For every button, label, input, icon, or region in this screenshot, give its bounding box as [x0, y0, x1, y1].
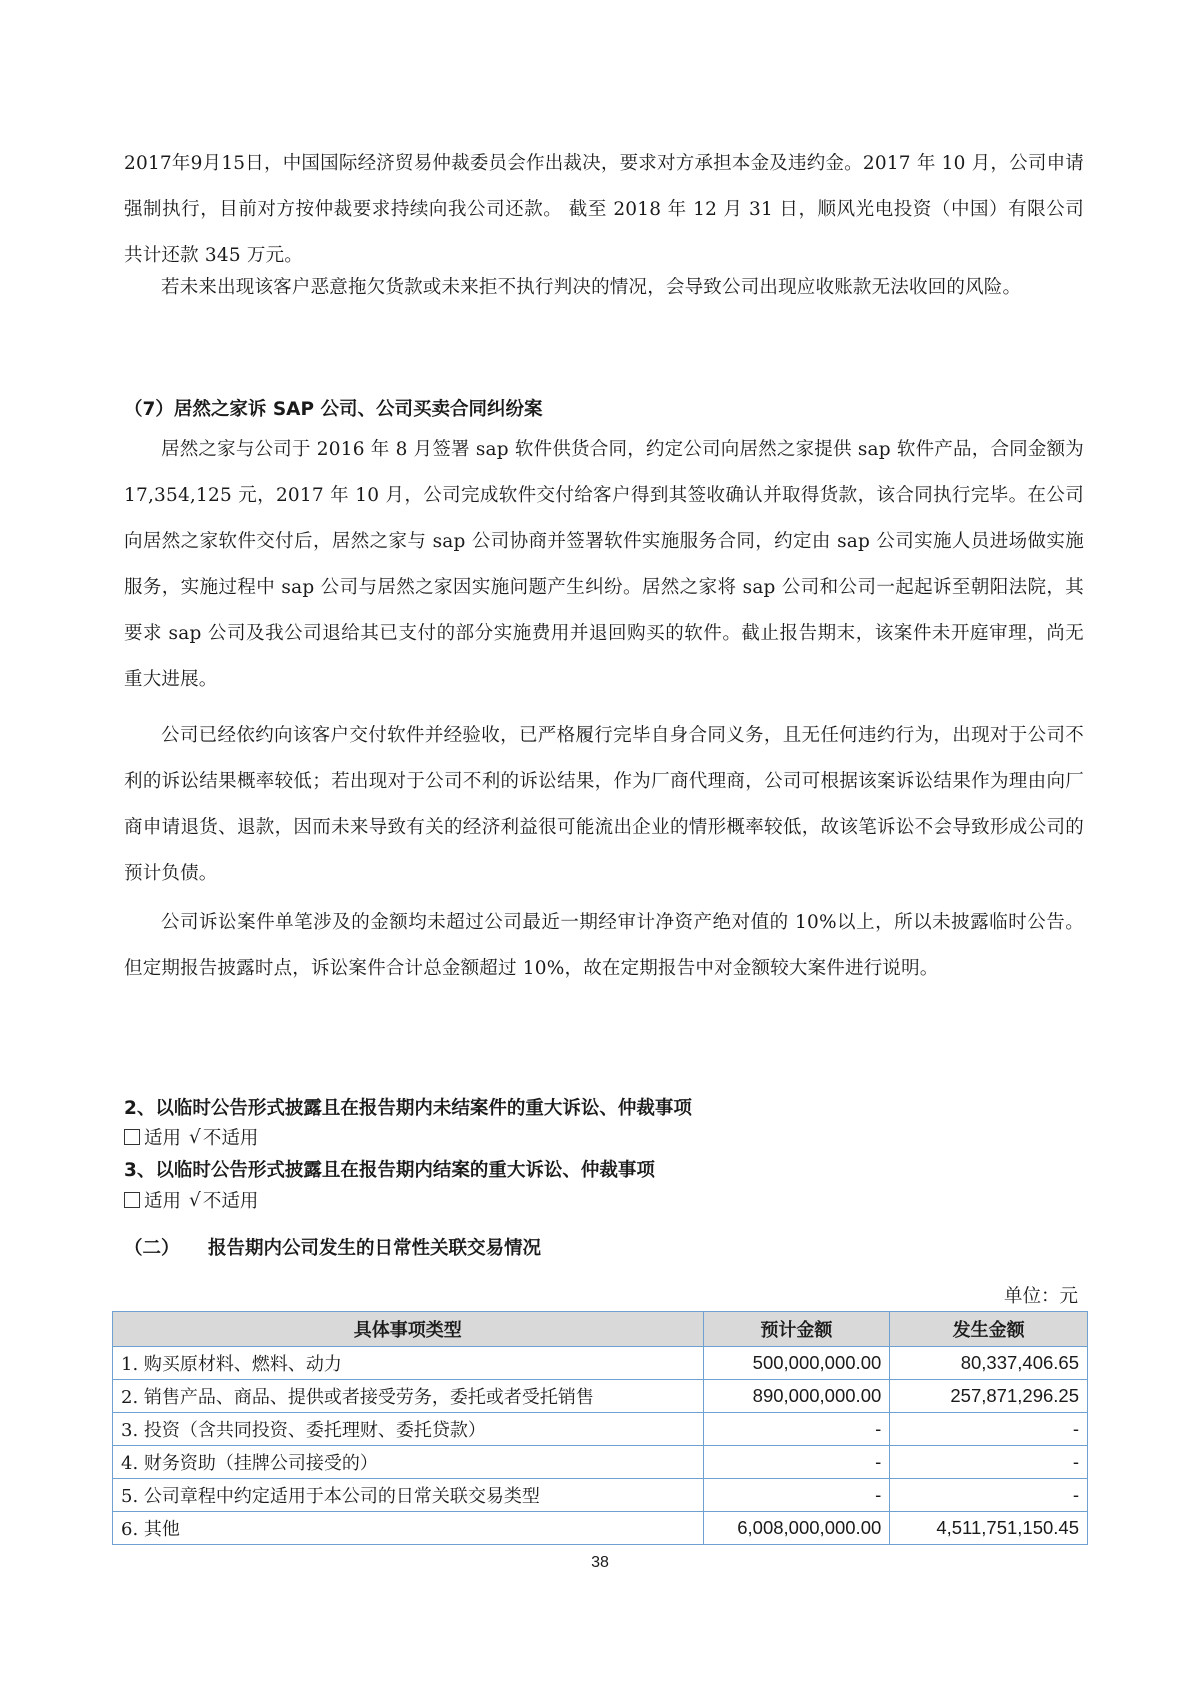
cell-type: 2. 销售产品、商品、提供或者接受劳务，委托或者受托销售 [113, 1380, 704, 1413]
document-page: 2017年9月15日，中国国际经济贸易仲裁委员会作出裁决，要求对方承担本金及违约… [0, 0, 1200, 1697]
item-2-applicability: 适用 √ 不适用 [124, 1124, 258, 1150]
table-row: 3. 投资（含共同投资、委托理财、委托贷款） - - [113, 1413, 1088, 1446]
item-3-heading: 3、以临时公告形式披露且在报告期内结案的重大诉讼、仲裁事项 [124, 1156, 655, 1182]
check-mark-icon: √ [189, 1127, 201, 1148]
paragraph-risk-note: 若未来出现该客户恶意拖欠货款或未来拒不执行判决的情况，会导致公司出现应收账款无法… [124, 265, 1084, 311]
cell-estimated: - [703, 1479, 890, 1512]
cell-actual: - [890, 1446, 1088, 1479]
table-row: 2. 销售产品、商品、提供或者接受劳务，委托或者受托销售 890,000,000… [113, 1380, 1088, 1413]
not-applicable-label: 不适用 [203, 1187, 259, 1213]
section-2-title: 报告期内公司发生的日常性关联交易情况 [208, 1234, 541, 1260]
cell-estimated: 890,000,000.00 [703, 1380, 890, 1413]
header-estimated: 预计金额 [703, 1312, 890, 1347]
unit-label: 单位：元 [1004, 1282, 1078, 1308]
table-row: 4. 财务资助（挂牌公司接受的） - - [113, 1446, 1088, 1479]
table-row: 1. 购买原材料、燃料、动力 500,000,000.00 80,337,406… [113, 1347, 1088, 1380]
section-2-number: （二） [124, 1234, 208, 1260]
case-7-heading: （7）居然之家诉 SAP 公司、公司买卖合同纠纷案 [124, 395, 542, 421]
paragraph-arbitration-ruling: 2017年9月15日，中国国际经济贸易仲裁委员会作出裁决，要求对方承担本金及违约… [124, 141, 1084, 279]
paragraph-case-7-assessment: 公司已经依约向该客户交付软件并经验收，已严格履行完毕自身合同义务，且无任何违约行… [124, 713, 1084, 897]
table-header-row: 具体事项类型 预计金额 发生金额 [113, 1312, 1088, 1347]
cell-estimated: 6,008,000,000.00 [703, 1512, 890, 1545]
item-3-applicability: 适用 √ 不适用 [124, 1187, 258, 1213]
cell-estimated: - [703, 1413, 890, 1446]
cell-type: 4. 财务资助（挂牌公司接受的） [113, 1446, 704, 1479]
cell-type: 5. 公司章程中约定适用于本公司的日常关联交易类型 [113, 1479, 704, 1512]
cell-actual: - [890, 1413, 1088, 1446]
section-2-heading: （二） 报告期内公司发生的日常性关联交易情况 [124, 1234, 541, 1260]
related-transactions-table: 具体事项类型 预计金额 发生金额 1. 购买原材料、燃料、动力 500,000,… [112, 1311, 1088, 1545]
applicable-label: 适用 [144, 1124, 181, 1150]
cell-type: 6. 其他 [113, 1512, 704, 1545]
not-applicable-label: 不适用 [203, 1124, 259, 1150]
cell-estimated: - [703, 1446, 890, 1479]
cell-estimated: 500,000,000.00 [703, 1347, 890, 1380]
empty-checkbox-icon [124, 1192, 140, 1208]
cell-actual: 257,871,296.25 [890, 1380, 1088, 1413]
applicable-label: 适用 [144, 1187, 181, 1213]
cell-type: 3. 投资（含共同投资、委托理财、委托贷款） [113, 1413, 704, 1446]
paragraph-disclosure-explanation: 公司诉讼案件单笔涉及的金额均未超过公司最近一期经审计净资产绝对值的 10%以上，… [124, 900, 1084, 992]
item-2-heading: 2、以临时公告形式披露且在报告期内未结案件的重大诉讼、仲裁事项 [124, 1094, 692, 1120]
paragraph-case-7-description: 居然之家与公司于 2016 年 8 月签署 sap 软件供货合同，约定公司向居然… [124, 427, 1084, 703]
cell-actual: 80,337,406.65 [890, 1347, 1088, 1380]
page-number: 38 [0, 1554, 1200, 1572]
cell-actual: - [890, 1479, 1088, 1512]
table-row: 5. 公司章程中约定适用于本公司的日常关联交易类型 - - [113, 1479, 1088, 1512]
check-mark-icon: √ [189, 1190, 201, 1211]
cell-type: 1. 购买原材料、燃料、动力 [113, 1347, 704, 1380]
table-row: 6. 其他 6,008,000,000.00 4,511,751,150.45 [113, 1512, 1088, 1545]
header-actual: 发生金额 [890, 1312, 1088, 1347]
cell-actual: 4,511,751,150.45 [890, 1512, 1088, 1545]
header-type: 具体事项类型 [113, 1312, 704, 1347]
empty-checkbox-icon [124, 1129, 140, 1145]
